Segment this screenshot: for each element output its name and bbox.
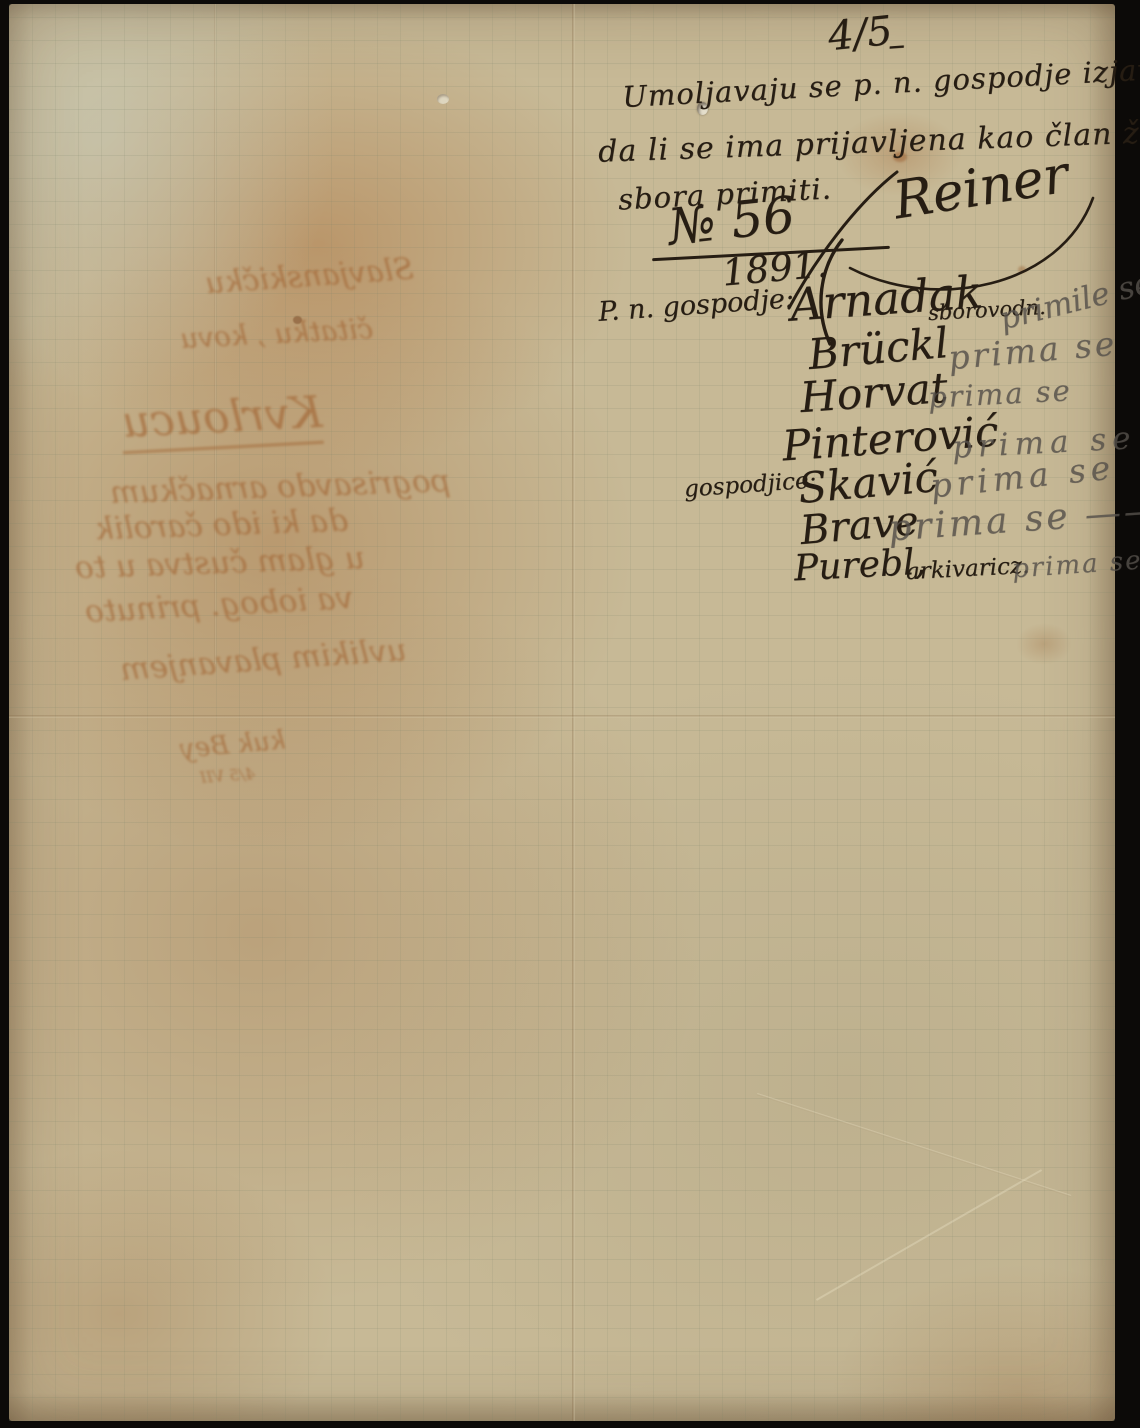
entry-pencil-note: prima se [927,376,1072,412]
horizontal-fold-crease [9,715,1115,718]
document-number: № 56 [666,190,797,253]
bleed-through-date: 4/5 VII [200,766,256,786]
wrinkle-line [757,1093,1071,1197]
corner-date-dash: – [887,27,906,62]
scanned-document-page: Slavjanskičku čitatku , kovu Kvrloucu po… [0,0,1140,1428]
bleed-through-heading: Kvrloucu [121,391,324,454]
corner-date-note: 4/5 [826,11,894,58]
foxing-stain [1018,266,1026,273]
bleed-through-line: da ki ido čarolik [95,506,349,546]
entry-pencil-note: prima se [1011,547,1140,582]
vertical-fold-crease [572,4,575,1421]
wrinkle-line [816,1169,1042,1301]
paper-abrasion [437,94,449,104]
